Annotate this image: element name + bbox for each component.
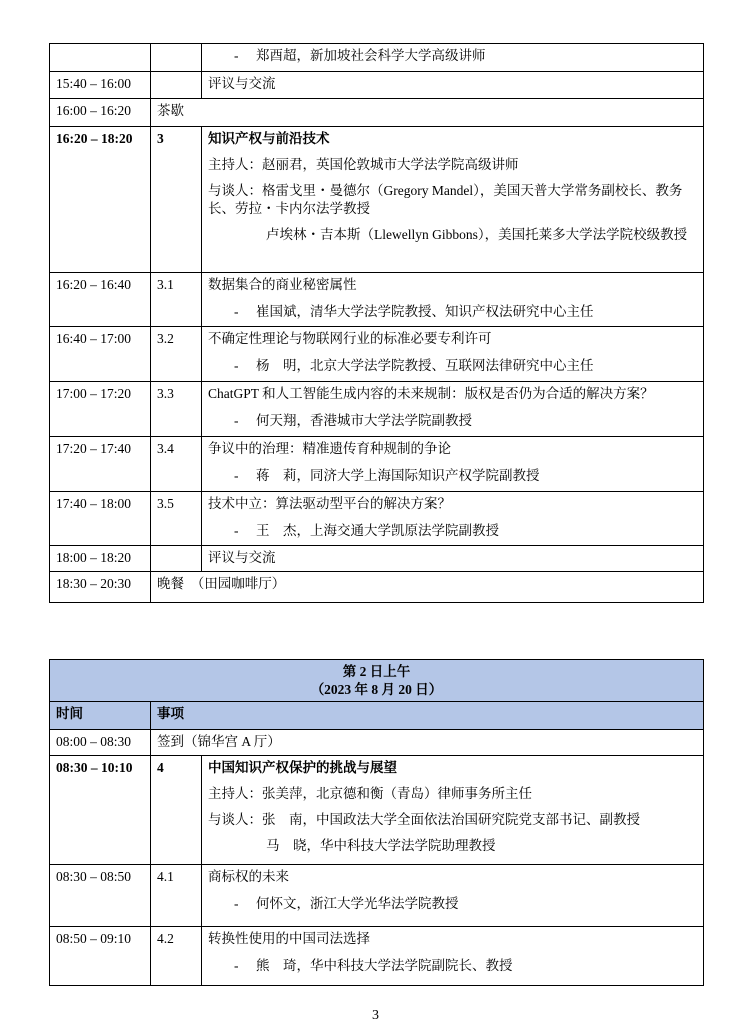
time-cell: 17:20 – 17:40 [50, 437, 151, 492]
content-cell: 评议与交流 [202, 72, 704, 99]
session-title: 中国知识产权保护的挑战与展望 [208, 759, 697, 777]
table-row: 18:00 – 18:20 评议与交流 [50, 546, 704, 572]
schedule-table-day1-afternoon: 郑酉超，新加坡社会科学大学高级讲师 15:40 – 16:00 评议与交流 16… [49, 43, 704, 603]
time-cell: 16:00 – 16:20 [50, 99, 151, 127]
time-cell: 15:40 – 16:00 [50, 72, 151, 99]
number-cell [151, 44, 202, 72]
time-cell: 08:30 – 10:10 [50, 756, 151, 865]
table-row: 17:40 – 18:00 3.5 技术中立：算法驱动型平台的解决方案？ 王 杰… [50, 492, 704, 546]
number-cell: 3.3 [151, 382, 202, 437]
content-cell: 中国知识产权保护的挑战与展望 主持人：张美萍，北京德和衡（青岛）律师事务所主任 … [202, 756, 704, 865]
panelist: 与谈人：格雷戈里・曼德尔（Gregory Mandel），美国天普大学常务副校长… [208, 182, 697, 218]
talk-title: ChatGPT 和人工智能生成内容的未来规制：版权是否仍为合适的解决方案？ [208, 386, 654, 401]
content-cell: 不确定性理论与物联网行业的标准必要专利许可 杨 明，北京大学法学院教授、互联网法… [202, 327, 704, 382]
number-cell: 3.2 [151, 327, 202, 382]
talk-title: 争议中的治理：精准遗传育种规制的争论 [208, 441, 451, 456]
time-cell: 18:00 – 18:20 [50, 546, 151, 572]
time-cell: 08:30 – 08:50 [50, 865, 151, 927]
table-row: 17:00 – 17:20 3.3 ChatGPT 和人工智能生成内容的未来规制… [50, 382, 704, 437]
speaker: 王 杰，上海交通大学凯原法学院副教授 [208, 522, 697, 540]
content-cell: 郑酉超，新加坡社会科学大学高级讲师 [202, 44, 704, 72]
checkin-cell: 签到（锦华宫 A 厅） [151, 730, 704, 756]
time-cell: 08:50 – 09:10 [50, 927, 151, 986]
dinner-cell: 晚餐 （田园咖啡厅） [151, 572, 704, 603]
table-row: 郑酉超，新加坡社会科学大学高级讲师 [50, 44, 704, 72]
table-row: 17:20 – 17:40 3.4 争议中的治理：精准遗传育种规制的争论 蒋 莉… [50, 437, 704, 492]
content-cell: 争议中的治理：精准遗传育种规制的争论 蒋 莉，同济大学上海国际知识产权学院副教授 [202, 437, 704, 492]
speaker: 杨 明，北京大学法学院教授、互联网法律研究中心主任 [208, 357, 697, 375]
speaker: 蒋 莉，同济大学上海国际知识产权学院副教授 [208, 467, 697, 485]
table-row: 16:00 – 16:20 茶歇 [50, 99, 704, 127]
table-row-session: 16:20 – 18:20 3 知识产权与前沿技术 主持人：赵丽君，英国伦敦城市… [50, 127, 704, 273]
day-header-row: 第 2 日上午 （2023 年 8 月 20 日） [50, 660, 704, 702]
column-header-time: 时间 [50, 702, 151, 730]
break-cell: 茶歇 [151, 99, 704, 127]
time-cell: 17:40 – 18:00 [50, 492, 151, 546]
talk-title: 商标权的未来 [208, 869, 289, 884]
time-cell: 17:00 – 17:20 [50, 382, 151, 437]
day-header: 第 2 日上午 （2023 年 8 月 20 日） [50, 660, 704, 702]
content-cell: 评议与交流 [202, 546, 704, 572]
time-cell: 16:20 – 18:20 [50, 127, 151, 273]
speaker: 何天翔，香港城市大学法学院副教授 [208, 412, 697, 430]
number-cell: 3.5 [151, 492, 202, 546]
panelist: 与谈人：张 南，中国政法大学全面依法治国研究院党支部书记、副教授 [208, 811, 697, 829]
number-cell: 4.1 [151, 865, 202, 927]
content-cell: ChatGPT 和人工智能生成内容的未来规制：版权是否仍为合适的解决方案？ 何天… [202, 382, 704, 437]
table-row: 16:20 – 16:40 3.1 数据集合的商业秘密属性 崔国斌，清华大学法学… [50, 273, 704, 327]
moderator: 主持人：张美萍，北京德和衡（青岛）律师事务所主任 [208, 785, 697, 803]
day-date: （2023 年 8 月 20 日） [56, 681, 697, 699]
time-cell [50, 44, 151, 72]
session-title: 知识产权与前沿技术 [208, 130, 697, 148]
number-cell [151, 546, 202, 572]
speaker: 熊 琦，华中科技大学法学院副院长、教授 [208, 957, 697, 975]
number-cell [151, 72, 202, 99]
table-row: 15:40 – 16:00 评议与交流 [50, 72, 704, 99]
content-cell: 商标权的未来 何怀文，浙江大学光华法学院教授 [202, 865, 704, 927]
content-cell: 数据集合的商业秘密属性 崔国斌，清华大学法学院教授、知识产权法研究中心主任 [202, 273, 704, 327]
table-row: 08:00 – 08:30 签到（锦华宫 A 厅） [50, 730, 704, 756]
panelist: 卢埃林・吉本斯（Llewellyn Gibbons），美国托莱多大学法学院校级教… [208, 226, 697, 244]
time-cell: 16:40 – 17:00 [50, 327, 151, 382]
talk-title: 不确定性理论与物联网行业的标准必要专利许可 [208, 331, 492, 346]
number-cell: 3.1 [151, 273, 202, 327]
day-title: 第 2 日上午 [56, 663, 697, 681]
table-row: 08:50 – 09:10 4.2 转换性使用的中国司法选择 熊 琦，华中科技大… [50, 927, 704, 986]
speaker: 崔国斌，清华大学法学院教授、知识产权法研究中心主任 [208, 303, 697, 321]
speaker: 郑酉超，新加坡社会科学大学高级讲师 [208, 47, 697, 65]
content-cell: 知识产权与前沿技术 主持人：赵丽君，英国伦敦城市大学法学院高级讲师 与谈人：格雷… [202, 127, 704, 273]
page-number: 3 [0, 1008, 751, 1024]
time-cell: 16:20 – 16:40 [50, 273, 151, 327]
number-cell: 4 [151, 756, 202, 865]
table-row: 18:30 – 20:30 晚餐 （田园咖啡厅） [50, 572, 704, 603]
schedule-table-day2-morning: 第 2 日上午 （2023 年 8 月 20 日） 时间 事项 08:00 – … [49, 659, 704, 986]
table-row-session: 08:30 – 10:10 4 中国知识产权保护的挑战与展望 主持人：张美萍，北… [50, 756, 704, 865]
table-row: 16:40 – 17:00 3.2 不确定性理论与物联网行业的标准必要专利许可 … [50, 327, 704, 382]
number-cell: 3 [151, 127, 202, 273]
time-cell: 18:30 – 20:30 [50, 572, 151, 603]
column-header-item: 事项 [151, 702, 704, 730]
content-cell: 技术中立：算法驱动型平台的解决方案？ 王 杰，上海交通大学凯原法学院副教授 [202, 492, 704, 546]
table-row: 08:30 – 08:50 4.1 商标权的未来 何怀文，浙江大学光华法学院教授 [50, 865, 704, 927]
column-header-row: 时间 事项 [50, 702, 704, 730]
talk-title: 转换性使用的中国司法选择 [208, 931, 370, 946]
talk-title: 数据集合的商业秘密属性 [208, 277, 357, 292]
talk-title: 技术中立：算法驱动型平台的解决方案？ [208, 496, 451, 511]
moderator: 主持人：赵丽君，英国伦敦城市大学法学院高级讲师 [208, 156, 697, 174]
number-cell: 3.4 [151, 437, 202, 492]
speaker: 何怀文，浙江大学光华法学院教授 [208, 895, 697, 913]
number-cell: 4.2 [151, 927, 202, 986]
time-cell: 08:00 – 08:30 [50, 730, 151, 756]
content-cell: 转换性使用的中国司法选择 熊 琦，华中科技大学法学院副院长、教授 [202, 927, 704, 986]
panelist: 马 晓，华中科技大学法学院助理教授 [208, 837, 697, 855]
